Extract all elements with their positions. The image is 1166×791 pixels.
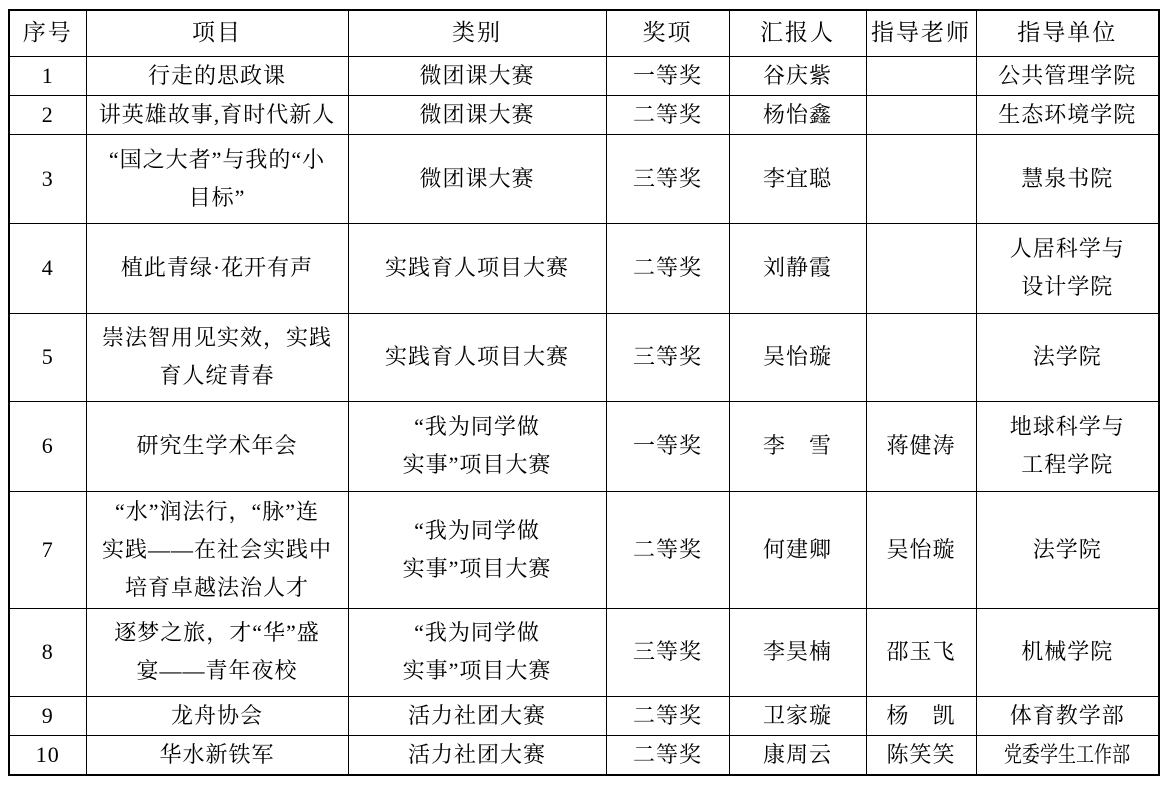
cell-reporter: 谷庆紫	[729, 56, 866, 95]
cell-no: 10	[9, 735, 86, 775]
cell-award: 二等奖	[606, 223, 729, 313]
cell-project: 逐梦之旅，才“华”盛 宴——青年夜校	[86, 608, 348, 696]
cell-unit: 慧泉书院	[976, 134, 1159, 223]
cell-no: 2	[9, 95, 86, 134]
cell-teacher: 蒋健涛	[866, 401, 976, 491]
cell-teacher	[866, 95, 976, 134]
cell-unit: 人居科学与 设计学院	[976, 223, 1159, 313]
cell-award: 二等奖	[606, 696, 729, 735]
cell-award: 二等奖	[606, 95, 729, 134]
cell-project: 植此青绿·花开有声	[86, 223, 348, 313]
cell-category: 实践育人项目大赛	[348, 223, 606, 313]
cell-no: 8	[9, 608, 86, 696]
table-row: 10 华水新铁军 活力社团大赛 二等奖 康周云 陈笑笑 党委学生工作部	[9, 735, 1159, 775]
cell-reporter: 李昊楠	[729, 608, 866, 696]
cell-award: 三等奖	[606, 313, 729, 401]
award-results-table: 序号 项目 类别 奖项 汇报人 指导老师 指导单位 1 行走的思政课 微团课大赛…	[8, 9, 1160, 776]
cell-reporter: 李宜聪	[729, 134, 866, 223]
header-project: 项目	[86, 10, 348, 56]
cell-award: 三等奖	[606, 608, 729, 696]
cell-project: 讲英雄故事,育时代新人	[86, 95, 348, 134]
table-row: 1 行走的思政课 微团课大赛 一等奖 谷庆紫 公共管理学院	[9, 56, 1159, 95]
cell-project: 行走的思政课	[86, 56, 348, 95]
cell-teacher	[866, 313, 976, 401]
header-no: 序号	[9, 10, 86, 56]
cell-category: 微团课大赛	[348, 95, 606, 134]
cell-project: 龙舟协会	[86, 696, 348, 735]
cell-no: 1	[9, 56, 86, 95]
header-row: 序号 项目 类别 奖项 汇报人 指导老师 指导单位	[9, 10, 1159, 56]
header-unit: 指导单位	[976, 10, 1159, 56]
table-row: 8 逐梦之旅，才“华”盛 宴——青年夜校 “我为同学做 实事”项目大赛 三等奖 …	[9, 608, 1159, 696]
cell-award: 一等奖	[606, 401, 729, 491]
header-category: 类别	[348, 10, 606, 56]
table-row: 9 龙舟协会 活力社团大赛 二等奖 卫家璇 杨 凯 体育教学部	[9, 696, 1159, 735]
header-teacher: 指导老师	[866, 10, 976, 56]
cell-unit: 法学院	[976, 313, 1159, 401]
cell-unit: 法学院	[976, 491, 1159, 608]
cell-reporter: 李 雪	[729, 401, 866, 491]
condensed-unit-text: 党委学生工作部	[1004, 736, 1130, 774]
cell-unit: 地球科学与 工程学院	[976, 401, 1159, 491]
cell-no: 4	[9, 223, 86, 313]
cell-reporter: 何建卿	[729, 491, 866, 608]
table-row: 4 植此青绿·花开有声 实践育人项目大赛 二等奖 刘静霞 人居科学与 设计学院	[9, 223, 1159, 313]
table-row: 7 “水”润法行，“脉”连 实践——在社会实践中 培育卓越法治人才 “我为同学做…	[9, 491, 1159, 608]
cell-no: 3	[9, 134, 86, 223]
header-reporter: 汇报人	[729, 10, 866, 56]
cell-reporter: 刘静霞	[729, 223, 866, 313]
cell-reporter: 吴怡璇	[729, 313, 866, 401]
cell-teacher: 邵玉飞	[866, 608, 976, 696]
cell-unit: 公共管理学院	[976, 56, 1159, 95]
cell-teacher	[866, 56, 976, 95]
cell-reporter: 杨怡鑫	[729, 95, 866, 134]
cell-award: 二等奖	[606, 735, 729, 775]
cell-teacher	[866, 223, 976, 313]
cell-reporter: 康周云	[729, 735, 866, 775]
cell-project: “国之大者”与我的“小 目标”	[86, 134, 348, 223]
cell-no: 6	[9, 401, 86, 491]
cell-teacher	[866, 134, 976, 223]
table-row: 5 崇法智用见实效，实践 育人绽青春 实践育人项目大赛 三等奖 吴怡璇 法学院	[9, 313, 1159, 401]
cell-category: “我为同学做 实事”项目大赛	[348, 608, 606, 696]
cell-award: 二等奖	[606, 491, 729, 608]
cell-category: 活力社团大赛	[348, 735, 606, 775]
cell-category: “我为同学做 实事”项目大赛	[348, 491, 606, 608]
cell-category: 微团课大赛	[348, 134, 606, 223]
cell-award: 一等奖	[606, 56, 729, 95]
cell-no: 9	[9, 696, 86, 735]
cell-project: 华水新铁军	[86, 735, 348, 775]
cell-category: 实践育人项目大赛	[348, 313, 606, 401]
cell-no: 5	[9, 313, 86, 401]
cell-category: “我为同学做 实事”项目大赛	[348, 401, 606, 491]
cell-project: 研究生学术年会	[86, 401, 348, 491]
cell-category: 微团课大赛	[348, 56, 606, 95]
table-row: 2 讲英雄故事,育时代新人 微团课大赛 二等奖 杨怡鑫 生态环境学院	[9, 95, 1159, 134]
cell-unit: 体育教学部	[976, 696, 1159, 735]
cell-teacher: 吴怡璇	[866, 491, 976, 608]
document-page: 序号 项目 类别 奖项 汇报人 指导老师 指导单位 1 行走的思政课 微团课大赛…	[0, 0, 1166, 791]
cell-category: 活力社团大赛	[348, 696, 606, 735]
cell-unit: 党委学生工作部	[976, 735, 1159, 775]
cell-award: 三等奖	[606, 134, 729, 223]
table-row: 6 研究生学术年会 “我为同学做 实事”项目大赛 一等奖 李 雪 蒋健涛 地球科…	[9, 401, 1159, 491]
cell-reporter: 卫家璇	[729, 696, 866, 735]
table-row: 3 “国之大者”与我的“小 目标” 微团课大赛 三等奖 李宜聪 慧泉书院	[9, 134, 1159, 223]
cell-project: “水”润法行，“脉”连 实践——在社会实践中 培育卓越法治人才	[86, 491, 348, 608]
header-award: 奖项	[606, 10, 729, 56]
cell-project: 崇法智用见实效，实践 育人绽青春	[86, 313, 348, 401]
cell-unit: 生态环境学院	[976, 95, 1159, 134]
cell-teacher: 陈笑笑	[866, 735, 976, 775]
cell-no: 7	[9, 491, 86, 608]
cell-teacher: 杨 凯	[866, 696, 976, 735]
cell-unit: 机械学院	[976, 608, 1159, 696]
